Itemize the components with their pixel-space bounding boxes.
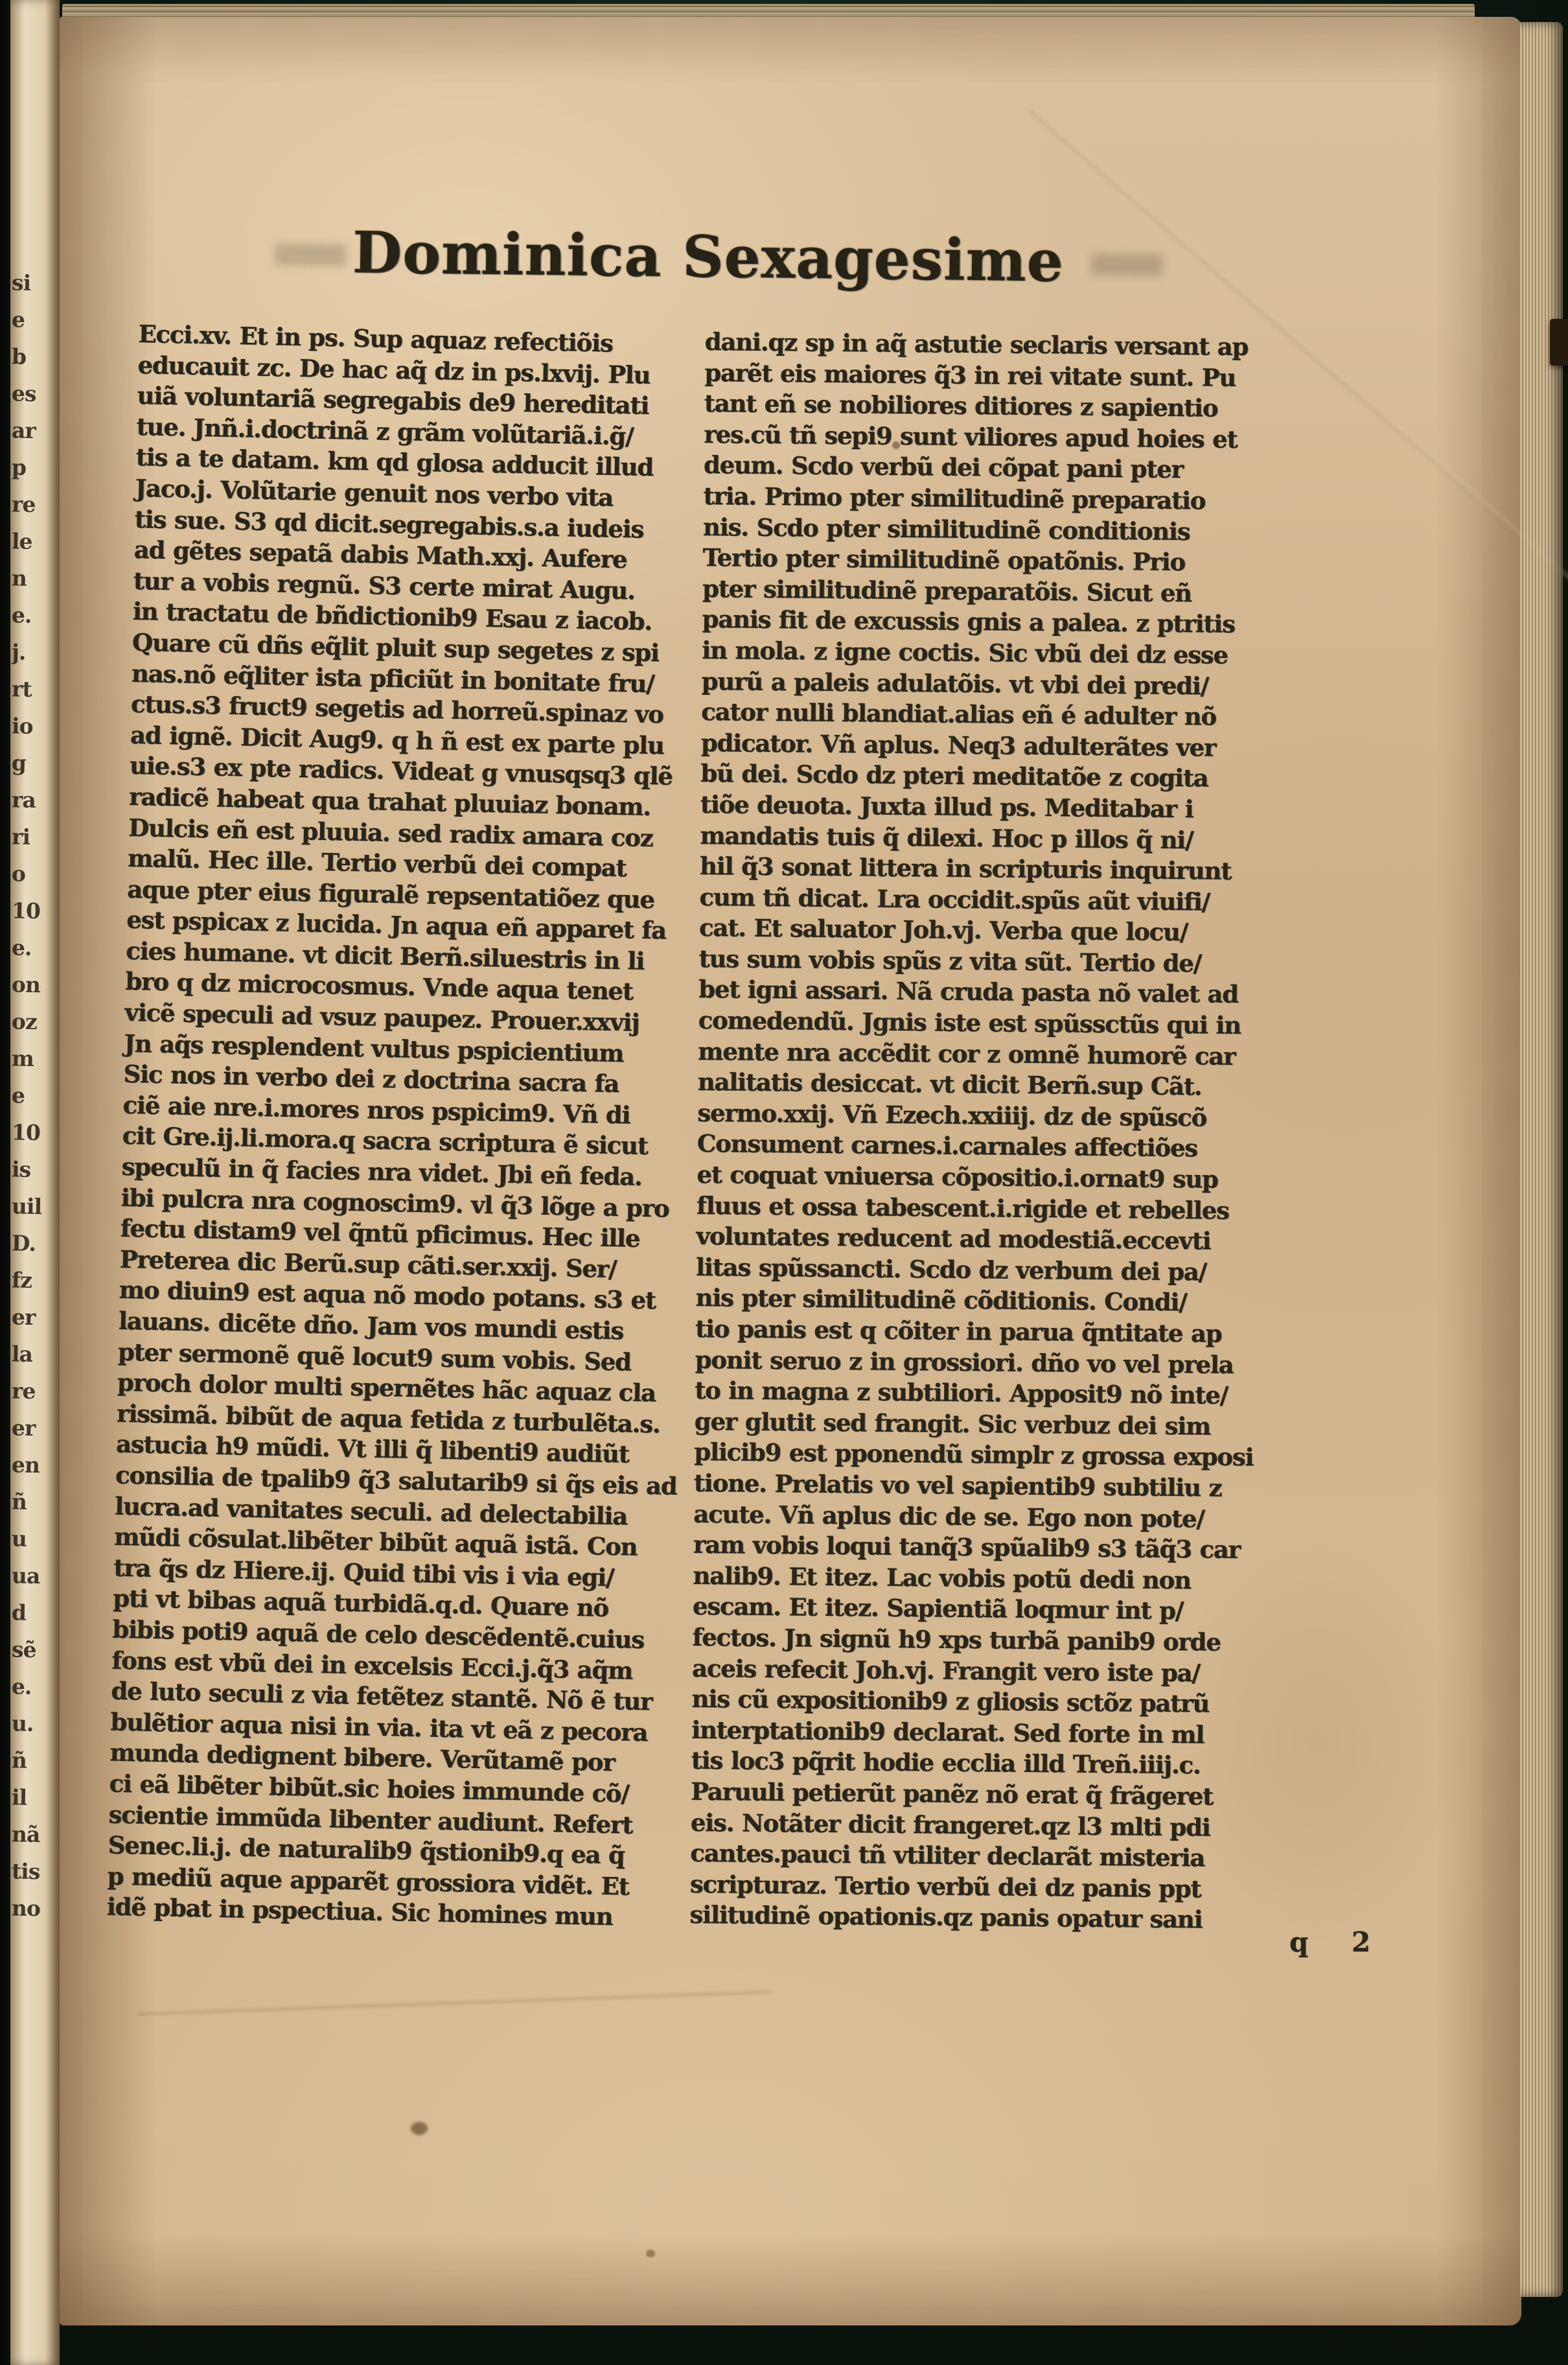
text-column-right: dani.qz sp in aq̃ astutie seclaris versa… <box>689 327 1381 1937</box>
text-line: silitudinẽ opationis.qz panis opatur san… <box>689 1900 1366 1937</box>
margin-fragment: e. <box>12 596 58 634</box>
previous-page-edge: siebesarprelene.j.rtiogrario10e.onozme10… <box>10 0 60 2365</box>
margin-fragment: er <box>12 1298 58 1336</box>
margin-fragment: j. <box>12 633 58 671</box>
margin-fragment: fz <box>12 1261 58 1299</box>
book-spine-shadow <box>0 0 10 2365</box>
signature-mark: q 2 <box>1289 1926 1387 1958</box>
margin-fragment: u. <box>12 1705 58 1742</box>
margin-fragment: on <box>12 966 58 1003</box>
margin-fragment: ra <box>12 781 58 819</box>
margin-fragment: e. <box>12 1668 58 1705</box>
margin-fragment: o <box>12 855 58 892</box>
margin-fragment: ar <box>12 412 58 449</box>
text-column-left: Ecci.xv. Et in ps. Sup aquaz refectiõise… <box>106 319 782 1935</box>
fore-edge-mark <box>1550 319 1568 366</box>
margin-fragment: e. <box>12 929 58 966</box>
margin-fragment: le <box>12 522 58 560</box>
margin-fragment: e <box>12 1077 58 1114</box>
margin-fragment: 10 <box>12 892 58 929</box>
margin-text-fragments: siebesarprelene.j.rtiogrario10e.onozme10… <box>12 264 57 1927</box>
margin-fragment: er <box>12 1409 58 1447</box>
margin-fragment: p <box>12 449 58 486</box>
book-photograph: siebesarprelene.j.rtiogrario10e.onozme10… <box>0 0 1568 2365</box>
margin-fragment: d <box>12 1594 58 1631</box>
margin-fragment: n <box>12 559 58 597</box>
margin-fragment: es <box>12 375 58 412</box>
ink-stain <box>411 2122 428 2135</box>
margin-fragment: is <box>12 1150 58 1188</box>
margin-fragment: re <box>12 485 58 523</box>
margin-fragment: b <box>12 338 58 375</box>
margin-fragment: g <box>12 744 58 782</box>
fold-crease-bottom <box>137 1990 772 2016</box>
margin-fragment: la <box>12 1335 58 1373</box>
top-page-stack-edge <box>62 4 1475 18</box>
margin-fragment: ñ <box>12 1742 58 1779</box>
margin-fragment: e <box>12 301 58 338</box>
margin-fragment: io <box>12 707 58 745</box>
margin-fragment: uil <box>12 1187 58 1225</box>
margin-fragment: oz <box>12 1003 58 1040</box>
margin-fragment: u <box>12 1520 58 1557</box>
margin-fragment: si <box>12 264 58 301</box>
margin-fragment: ri <box>12 818 58 856</box>
margin-fragment: nã <box>12 1815 58 1853</box>
margin-fragment: m <box>12 1040 58 1077</box>
margin-fragment: sẽ <box>12 1631 58 1668</box>
margin-fragment: re <box>12 1372 58 1410</box>
margin-fragment: il <box>12 1778 58 1816</box>
margin-fragment: no <box>12 1889 58 1927</box>
margin-fragment: ñ <box>12 1483 58 1520</box>
margin-fragment: tis <box>12 1852 58 1890</box>
margin-fragment: rt <box>12 670 58 708</box>
book-page: Dominica Sexagesime Ecci.xv. Et in ps. S… <box>60 17 1521 2325</box>
margin-fragment: ua <box>12 1557 58 1594</box>
page-title: Dominica Sexagesime <box>352 218 1078 295</box>
margin-fragment: 10 <box>12 1113 58 1151</box>
small-spot <box>646 2250 655 2257</box>
margin-fragment: en <box>12 1446 58 1484</box>
margin-fragment: D. <box>12 1224 58 1262</box>
